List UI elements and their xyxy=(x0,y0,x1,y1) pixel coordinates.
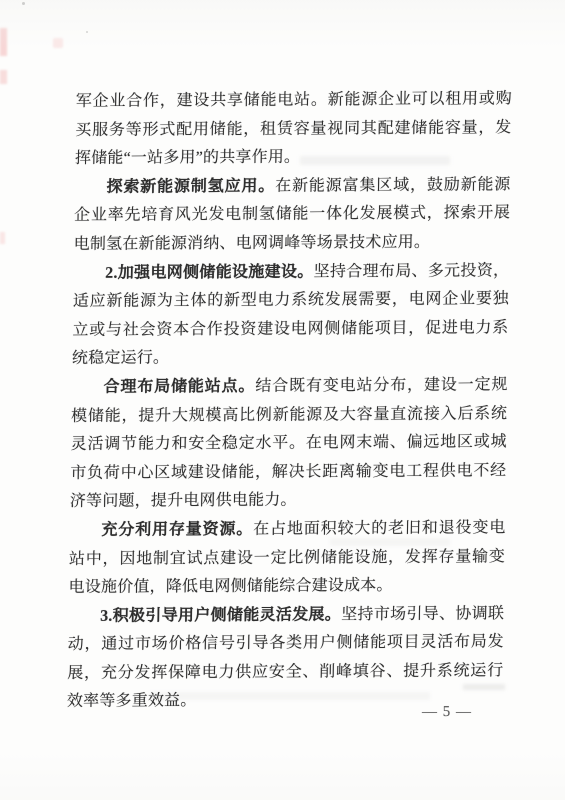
paragraph: 3.积极引导用户侧储能灵活发展。坚持市场引导、协调联动，通过市场价格信号引导各类… xyxy=(67,600,505,717)
page-number: — 5 — xyxy=(422,704,472,721)
red-stain-mark xyxy=(0,70,7,84)
paragraph-lead: 探索新能源制氢应用。 xyxy=(106,178,275,196)
red-stain-mark xyxy=(0,28,7,56)
paragraph-lead: 充分利用存量资源。 xyxy=(101,521,253,539)
paragraph: 充分利用存量资源。在占地面积较大的老旧和退役变电站中，因地制宜试点建设一定比例储… xyxy=(68,514,505,602)
document-body: 军企业合作，建设共享储能电站。新能源企业可以租用或购买服务等形式配用储能，租赁容… xyxy=(67,85,512,717)
paragraph: 合理布局储能站点。结合既有变电站分布，建设一定规模储能，提升大规模高比例新能源及… xyxy=(70,371,508,517)
paragraph-lead: 3.积极引导用户侧储能灵活发展。 xyxy=(100,606,341,624)
paragraph: 2.加强电网侧储能设施建设。坚持合理布局、多元投资，适应新能源为主体的新型电力系… xyxy=(72,257,510,374)
paragraph-lead: 2.加强电网侧储能设施建设。 xyxy=(105,263,314,281)
paragraph: 军企业合作，建设共享储能电站。新能源企业可以租用或购买服务等形式配用储能，租赁容… xyxy=(75,85,512,173)
scan-speck xyxy=(86,31,88,33)
paragraph-text: 军企业合作，建设共享储能电站。新能源企业可以租用或购买服务等形式配用储能，租赁容… xyxy=(75,90,512,167)
scanned-page: 军企业合作，建设共享储能电站。新能源企业可以租用或购买服务等形式配用储能，租赁容… xyxy=(0,0,565,800)
red-stain-mark xyxy=(0,232,5,244)
pink-stain-mark xyxy=(53,38,63,48)
paragraph: 探索新能源制氢应用。在新能源富集区域，鼓励新能源企业率先培育风光发电制氢储能一体… xyxy=(73,171,510,259)
paragraph-lead: 合理布局储能站点。 xyxy=(103,378,255,396)
paragraph-text: 结合既有变电站分布，建设一定规模储能，提升大规模高比例新能源及大容量直流接入后系… xyxy=(70,376,508,510)
scan-speck xyxy=(22,2,25,5)
